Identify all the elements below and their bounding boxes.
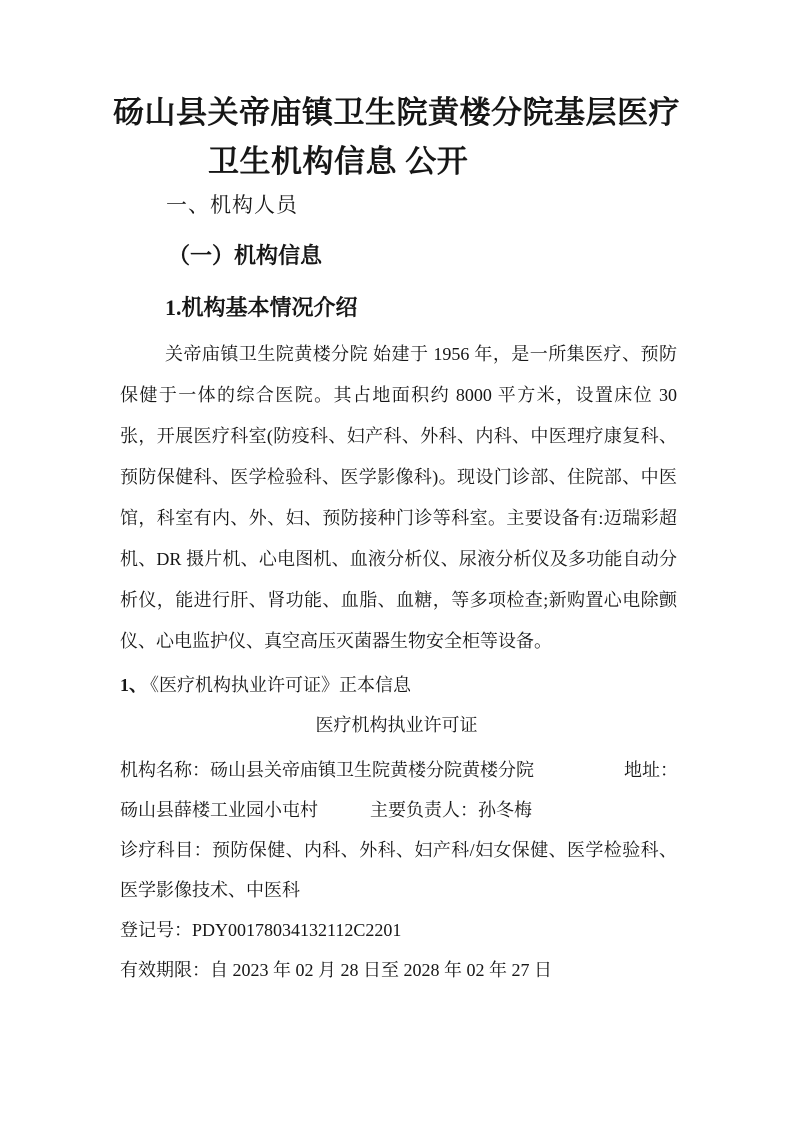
principal-label: 主要负责人： (370, 800, 478, 820)
heading-section-1: 一、机构人员 (166, 191, 298, 219)
spacer (534, 775, 624, 776)
validity-value: 自 2023 年 02 月 28 日至 2028 年 02 年 27 日 (210, 960, 552, 980)
heading-subsection-institution-info: （一）机构信息 (168, 241, 322, 271)
departments-label: 诊疗科目： (120, 840, 212, 860)
registration-label: 登记号： (120, 920, 192, 940)
document-page: 砀山县关帝庙镇卫生院黄楼分院基层医疗 卫生机构信息 公开 一、机构人员 （一）机… (0, 0, 793, 1122)
registration-value: PDY00178034132112C2201 (192, 920, 401, 940)
license-item-label: 《医疗机构执业许可证》正本信息 (150, 675, 411, 695)
heading-basic-situation: 1.机构基本情况介绍 (165, 293, 358, 323)
license-line-name-address: 机构名称：砀山县关帝庙镇卫生院黄楼分院黄楼分院地址： (120, 750, 677, 790)
license-item-number: 1、 (120, 675, 147, 695)
document-title-line2: 卫生机构信息 公开 (208, 137, 793, 186)
org-name-label: 机构名称： (120, 760, 210, 780)
document-title-line1: 砀山县关帝庙镇卫生院黄楼分院基层医疗 (0, 88, 793, 137)
intro-paragraph: 关帝庙镇卫生院黄楼分院 始建于 1956 年，是一所集医疗、预防保健于一体的综合… (120, 334, 677, 662)
license-line-validity: 有效期限：自 2023 年 02 月 28 日至 2028 年 02 年 27 … (120, 950, 677, 990)
license-line-address-principal: 砀山县薛楼工业园小屯村主要负责人：孙冬梅 (120, 790, 677, 830)
license-details: 机构名称：砀山县关帝庙镇卫生院黄楼分院黄楼分院地址： 砀山县薛楼工业园小屯村主要… (120, 750, 677, 990)
license-item-heading: 1、《医疗机构执业许可证》正本信息 (120, 672, 411, 699)
validity-label: 有效期限： (120, 960, 210, 980)
document-title: 砀山县关帝庙镇卫生院黄楼分院基层医疗 卫生机构信息 公开 (0, 88, 793, 186)
address-value: 砀山县薛楼工业园小屯村 (120, 800, 318, 820)
spacer (318, 815, 370, 816)
license-line-registration: 登记号：PDY00178034132112C2201 (120, 910, 677, 950)
address-label: 地址： (624, 760, 678, 780)
license-title: 医疗机构执业许可证 (0, 713, 793, 737)
org-name-value: 砀山县关帝庙镇卫生院黄楼分院黄楼分院 (210, 760, 534, 780)
principal-value: 孙冬梅 (478, 800, 532, 820)
license-line-departments: 诊疗科目：预防保健、内科、外科、妇产科/妇女保健、医学检验科、医学影像技术、中医… (120, 830, 677, 910)
